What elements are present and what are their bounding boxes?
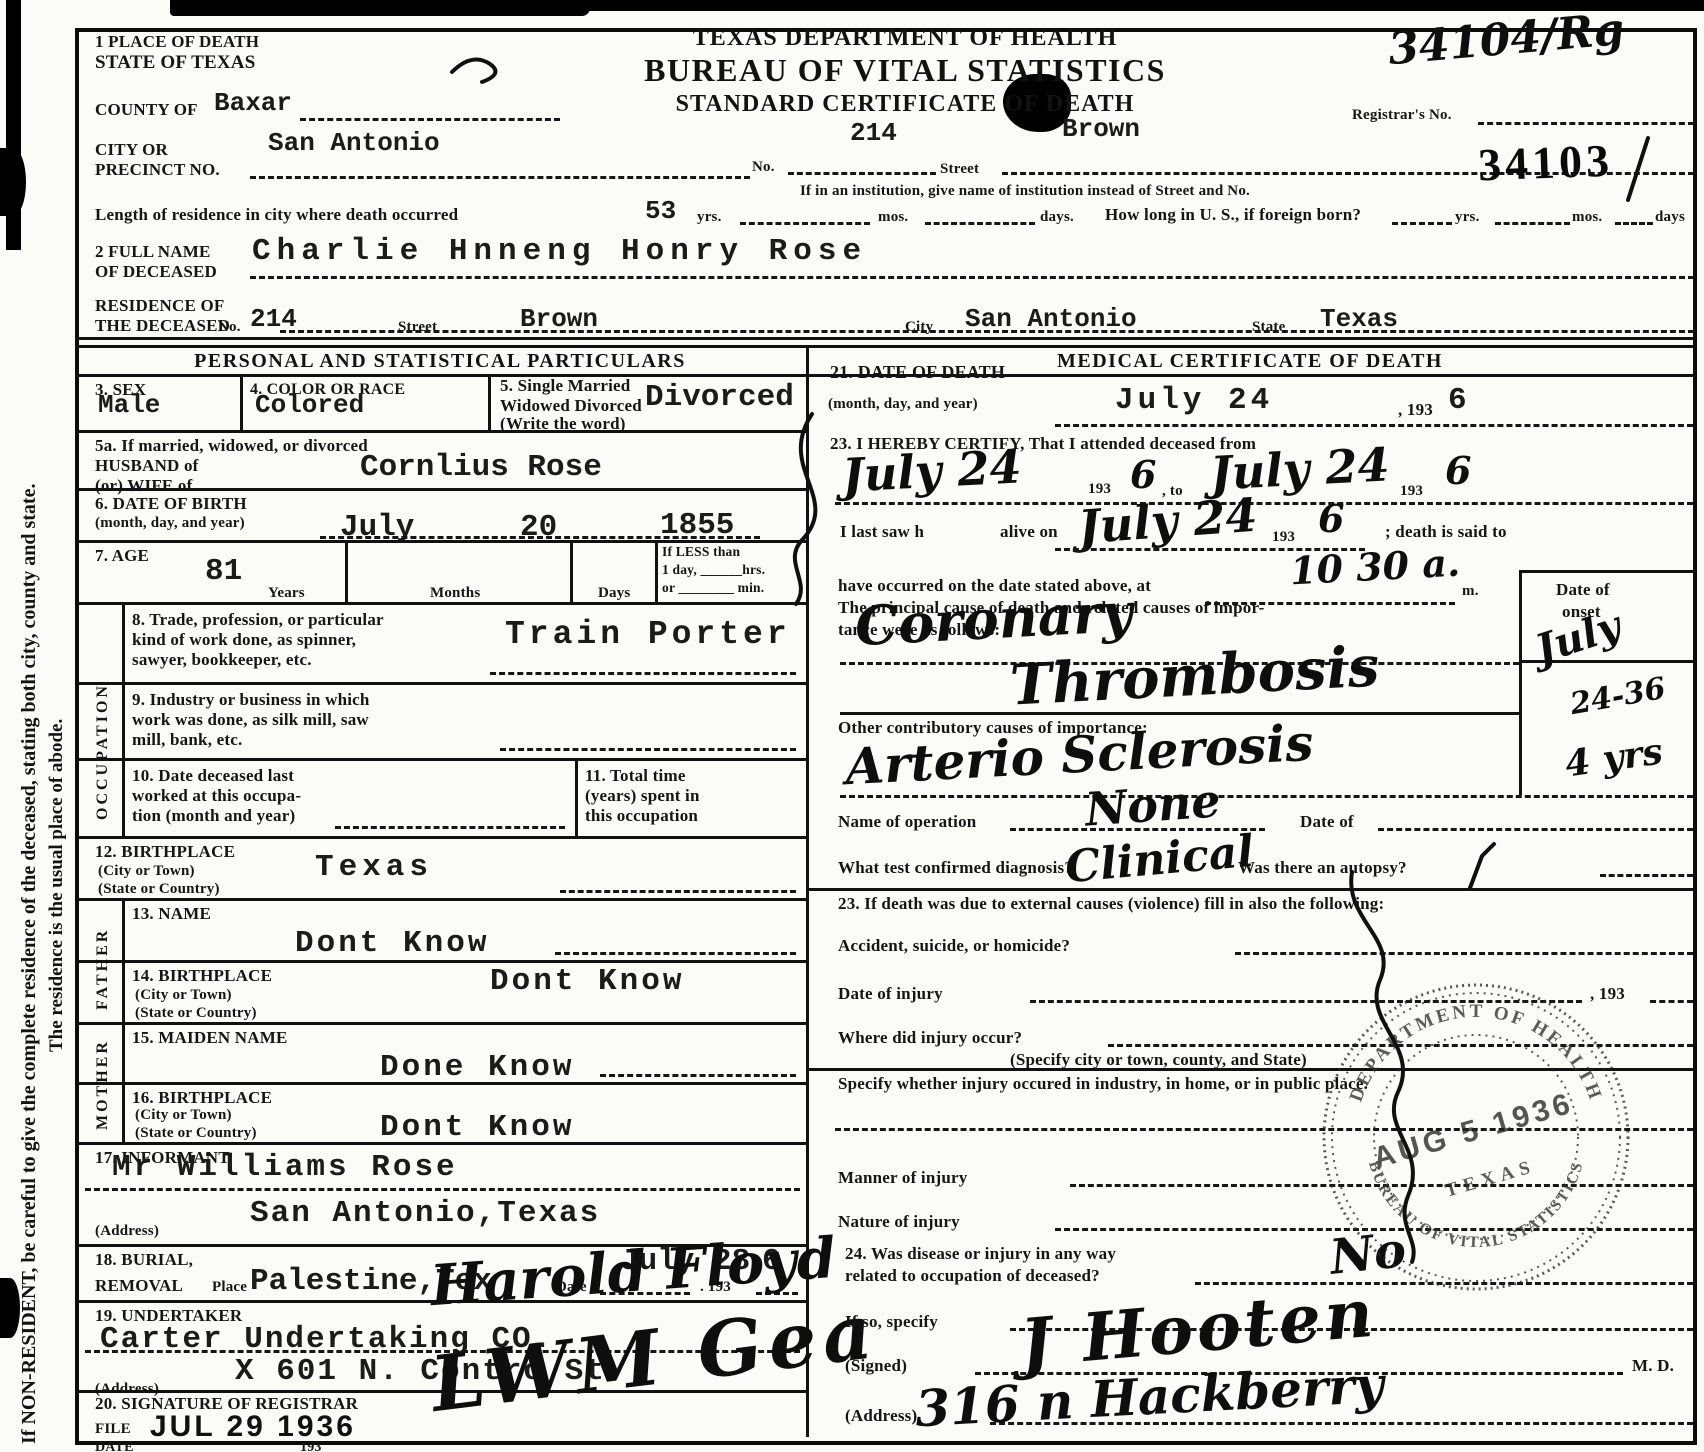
last-saw-date-handwritten: July 24 (1077, 492, 1259, 550)
rule (79, 682, 806, 685)
5a-label: 5a. If married, widowed, or divorced (95, 436, 368, 456)
informant-value: Mr Williams Rose (112, 1152, 458, 1183)
rule (79, 836, 806, 839)
street-name-value: Brown (1062, 116, 1140, 142)
mother-maiden-label: 15. MAIDEN NAME (132, 1028, 288, 1048)
right-section-title: MEDICAL CERTIFICATE OF DEATH (1057, 351, 1443, 371)
dashed-line (1070, 1184, 1693, 1187)
registrars-no-label: Registrar's No. (1352, 106, 1452, 124)
dashed-line (835, 502, 1693, 505)
industry-label-3: mill, bank, etc. (132, 730, 242, 750)
burial-label: 18. BURIAL, (95, 1250, 193, 1270)
cell-divider (570, 540, 573, 602)
injury-date-label: Date of injury (838, 984, 943, 1004)
dashed-line (280, 330, 1694, 333)
yrs-label: yrs. (697, 208, 722, 226)
father-name-label: 13. NAME (132, 904, 211, 924)
residence-label-2: THE DECEASED (95, 316, 230, 336)
age-value: 81 (205, 556, 242, 587)
place-label: Place (212, 1278, 247, 1296)
removal-label: REMOVAL (95, 1276, 183, 1296)
total-time-label-2: (years) spent in (585, 786, 700, 806)
house-number-value: 214 (850, 120, 897, 146)
mos-label: mos. (878, 208, 908, 226)
occupation-side-label: OCCUPATION (94, 620, 112, 820)
punch-hole-mark (0, 148, 26, 216)
cause-handwritten-1: Coronary (854, 585, 1134, 653)
mother-birthplace-value: Dont Know (380, 1112, 574, 1143)
residence-length-value: 53 (645, 198, 676, 224)
days-label: days. (1040, 208, 1074, 226)
torn-edge-mark (560, 0, 1704, 11)
mos2-label: mos. (1572, 208, 1602, 226)
rule (79, 430, 806, 433)
rule (79, 960, 806, 963)
dashed-line (1392, 222, 1452, 225)
to-193-printed: 193 (1400, 482, 1423, 500)
dashed-line (740, 222, 870, 225)
death-certificate-scan: If NON-RESIDENT, be careful to give the … (0, 0, 1704, 1452)
date-year-printed: 193 (300, 1440, 322, 1452)
father-birthplace-value: Dont Know (490, 966, 684, 997)
father-birthplace-sub-1: (City or Town) (135, 986, 232, 1004)
dashed-line (500, 748, 796, 751)
dob-sub-label: (month, day, and year) (95, 514, 245, 532)
date-of-death-value: July 24 (1115, 385, 1273, 416)
dashed-line (1030, 1000, 1582, 1003)
father-birthplace-sub-2: (State or Country) (135, 1004, 257, 1022)
dashed-line (490, 672, 796, 675)
last-worked-label-2: worked at this occupa- (132, 786, 301, 806)
dashed-line (1478, 122, 1694, 125)
from-year-handwritten: 6 (1130, 456, 1156, 494)
marital-value: Divorced (645, 382, 794, 413)
res-no-label: No. (218, 318, 241, 336)
rule (806, 888, 1693, 891)
res-street-label: Street (398, 318, 437, 336)
age-label: 7. AGE (95, 546, 149, 566)
dashed-line (600, 1074, 796, 1077)
county-label: COUNTY OF (95, 100, 198, 120)
rule (79, 1022, 806, 1025)
cell-divider (240, 374, 243, 430)
industry-label-2: work was done, as silk mill, saw (132, 710, 369, 730)
state-of-texas-label: STATE OF TEXAS (95, 52, 255, 75)
dashed-line (1650, 1000, 1693, 1003)
dashed-line (835, 1128, 1693, 1131)
file-label: FILE (95, 1420, 131, 1438)
test-label: What test confirmed diagnosis? (838, 858, 1073, 878)
street-label: Street (940, 160, 979, 178)
birthplace-sub-1: (City or Town) (98, 862, 195, 880)
md-label: M. D. (1632, 1356, 1674, 1376)
res-state-value: Texas (1320, 306, 1398, 332)
rule (79, 488, 806, 491)
from-193-printed: 193 (1088, 480, 1111, 498)
injury-193-label: , 193 (1590, 984, 1625, 1004)
trade-value: Train Porter (505, 618, 791, 651)
res-state-label: State (1252, 318, 1286, 336)
precinct-no-label: PRECINCT NO. (95, 160, 220, 180)
rule (79, 1082, 806, 1085)
days2-label: days (1655, 208, 1685, 226)
rule (75, 345, 1693, 348)
dob-label: 6. DATE OF BIRTH (95, 494, 247, 514)
informant-address-value: San Antonio,Texas (250, 1198, 600, 1229)
last-saw-label-1: I last saw h (840, 522, 924, 542)
onset-label-1: Date of (1556, 580, 1610, 600)
county-value: Baxar (214, 90, 292, 116)
dashed-line (555, 952, 796, 955)
yrs2-label: yrs. (1455, 208, 1480, 226)
if-so-specify-label: If so, specify (845, 1312, 938, 1332)
residence-length-label: Length of residence in city where death … (95, 205, 458, 225)
race-value: Colored (255, 392, 364, 418)
less-than-label-3: or ________ min. (662, 580, 764, 596)
rule (840, 712, 1519, 715)
dashed-line (925, 222, 1035, 225)
attended-from-handwritten: July 24 (841, 443, 1023, 498)
months-label: Months (430, 584, 480, 602)
physician-address-label: (Address) (845, 1406, 917, 1426)
dashed-line (320, 536, 760, 539)
total-time-label-3: this occupation (585, 806, 698, 826)
res-street-value: Brown (520, 306, 598, 332)
dashed-line (1055, 424, 1693, 427)
registrar-number-stamp: 34103 (1477, 138, 1614, 189)
residence-label-1: RESIDENCE OF (95, 296, 224, 316)
occupation-related-label-2: related to occupation of deceased? (845, 1266, 1100, 1286)
m-label: m. (1462, 582, 1479, 600)
less-than-label-2: 1 day, ______hrs. (662, 562, 765, 578)
no-label: No. (752, 158, 775, 176)
to-year-handwritten: 6 (1445, 452, 1471, 490)
operation-label: Name of operation (838, 812, 976, 832)
birthplace-value: Texas (315, 852, 433, 883)
industry-label-1: 9. Industry or business in which (132, 690, 370, 710)
file-date-stamp: JUL 29 1936 (150, 1412, 356, 1442)
foreign-born-label: How long in U. S., if foreign born? (1105, 205, 1361, 225)
last-saw-label-2: alive on (1000, 522, 1058, 542)
marital-label-1: 5. Single Married (500, 376, 630, 396)
punch-hole-mark (0, 1278, 20, 1338)
birthplace-sub-2: (State or Country) (98, 880, 220, 898)
rule (79, 602, 806, 605)
full-name-label-2: OF DECEASED (95, 262, 217, 282)
margin-note-nonresident: If NON-RESIDENT, be careful to give the … (18, 484, 41, 1444)
res-city-label: City (905, 318, 933, 336)
rule (79, 1142, 806, 1145)
less-than-label-1: If LESS than (662, 544, 740, 560)
trade-label-3: sawyer, bookkeeper, etc. (132, 650, 312, 670)
informant-address-label: (Address) (95, 1222, 159, 1240)
sex-value: Male (98, 392, 160, 418)
last-saw-193-printed: 193 (1272, 528, 1295, 546)
cell-divider (655, 540, 658, 602)
res-no-value: 214 (250, 306, 297, 332)
place-of-death-label: 1 PLACE OF DEATH (95, 32, 259, 52)
trade-label-1: 8. Trade, profession, or particular (132, 610, 384, 630)
father-name-value: Dont Know (295, 928, 489, 959)
spouse-value: Cornlius Rose (360, 452, 602, 483)
rule (79, 540, 806, 543)
mother-side-label: MOTHER (94, 1042, 112, 1130)
bureau-title: BUREAU OF VITAL STATISTICS (644, 54, 1166, 86)
occupation-related-label-1: 24. Was disease or injury in any way (845, 1244, 1116, 1264)
nature-label: Nature of injury (838, 1212, 960, 1232)
certificate-title: STANDARD CERTIFICATE OF DEATH (676, 92, 1135, 116)
res-city-value: San Antonio (965, 306, 1137, 332)
cell-divider (488, 374, 491, 430)
death-year-printed: , 193 (1398, 400, 1433, 420)
dashed-line (1495, 222, 1570, 225)
mother-maiden-value: Done Know (380, 1052, 574, 1083)
dashed-line (560, 890, 796, 893)
total-time-label-1: 11. Total time (585, 766, 686, 786)
city-or-label: CITY OR (95, 140, 168, 160)
death-year-value: 6 (1448, 385, 1467, 416)
last-worked-label-3: tion (month and year) (132, 806, 295, 826)
trade-label-2: kind of work done, as spinner, (132, 630, 356, 650)
institution-note: If in an institution, give name of insti… (800, 182, 1250, 200)
dept-title: TEXAS DEPARTMENT OF HEALTH (693, 26, 1118, 50)
torn-edge-mark (170, 0, 590, 16)
father-birthplace-label: 14. BIRTHPLACE (132, 966, 272, 986)
mother-birthplace-sub-1: (City or Town) (135, 1106, 232, 1124)
time-of-death-handwritten: 10 30 a. (1289, 544, 1461, 591)
operation-handwritten: None (1084, 777, 1222, 832)
margin-note-residence: The residence is the usual place of abod… (46, 719, 68, 1052)
rule (79, 898, 806, 901)
autopsy-label: Was there an autopsy? (1238, 858, 1407, 878)
last-worked-label-1: 10. Date deceased last (132, 766, 294, 786)
injury-where-label: Where did injury occur? (838, 1028, 1022, 1048)
dashed-line (1600, 874, 1693, 877)
date-of-death-sub: (month, day, and year) (828, 395, 978, 413)
date-of-death-label: 21. DATE OF DEATH (830, 362, 1005, 384)
years-label: Years (268, 584, 305, 602)
days-cell-label: Days (598, 584, 630, 602)
operation-date-label: Date of (1300, 812, 1354, 832)
injury-specify-label: Specify whether injury occured in indust… (838, 1074, 1368, 1094)
cell-divider (575, 758, 578, 836)
husband-of-label: HUSBAND of (95, 456, 199, 476)
signed-label: (Signed) (845, 1356, 907, 1376)
city-value: San Antonio (268, 130, 440, 156)
side-label-divider (122, 602, 125, 836)
dashed-line (1235, 952, 1693, 955)
date-label: DATE (95, 1440, 134, 1452)
onset-box-divider (1519, 570, 1522, 795)
dashed-line (1615, 222, 1653, 225)
dashed-line (1108, 1044, 1693, 1047)
left-section-title: PERSONAL AND STATISTICAL PARTICULARS (194, 351, 686, 371)
full-name-value: Charlie Hnneng Honry Rose (252, 236, 867, 267)
dashed-line (1378, 828, 1693, 831)
full-name-label-1: 2 FULL NAME (95, 242, 211, 262)
rule (79, 758, 806, 761)
dashed-line (840, 795, 1693, 798)
rule (75, 337, 1693, 340)
last-saw-year-handwritten: 6 (1318, 500, 1344, 538)
dashed-line (250, 276, 1694, 279)
rule (806, 1068, 1693, 1071)
mother-birthplace-sub-2: (State or Country) (135, 1124, 257, 1142)
dashed-line (335, 826, 565, 829)
manner-label: Manner of injury (838, 1168, 967, 1188)
dashed-line (300, 118, 560, 121)
birthplace-label: 12. BIRTHPLACE (95, 842, 235, 862)
external-causes-label: 23. If death was due to external causes … (838, 894, 1384, 914)
rule (1519, 570, 1693, 573)
dashed-line (788, 172, 936, 175)
accident-label: Accident, suicide, or homicide? (838, 936, 1070, 956)
cell-divider (345, 540, 348, 602)
dashed-line (250, 176, 750, 179)
father-side-label: FATHER (94, 920, 112, 1010)
dashed-line (85, 1188, 800, 1191)
